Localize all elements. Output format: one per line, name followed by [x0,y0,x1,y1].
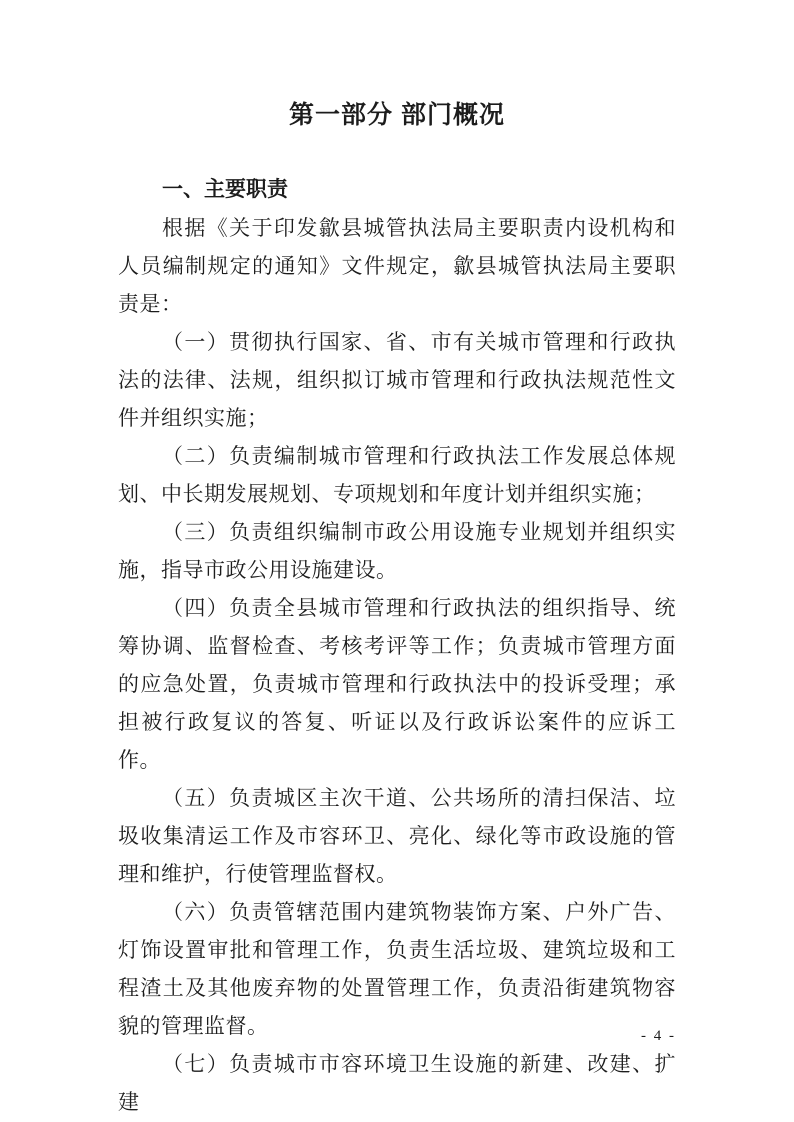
paragraph-duty-6: （六）负责管辖范围内建筑物装饰方案、户外广告、灯饰设置审批和管理工作，负责生活垃… [118,893,676,1045]
paragraph-duty-7: （七）负责城市市容环境卫生设施的新建、改建、扩建 [118,1045,676,1121]
paragraph-duty-4: （四）负责全县城市管理和行政执法的组织指导、统筹协调、监督检查、考核考评等工作；… [118,589,676,779]
paragraph-duty-2: （二）负责编制城市管理和行政执法工作发展总体规划、中长期发展规划、专项规划和年度… [118,437,676,513]
section-heading-main-duties: 一、主要职责 [118,171,676,209]
paragraph-duty-3: （三）负责组织编制市政公用设施专业规划并组织实施，指导市政公用设施建设。 [118,513,676,589]
document-page: 第一部分 部门概况 一、主要职责 根据《关于印发歙县城管执法局主要职责内设机构和… [0,0,794,1122]
paragraph-duty-5: （五）负责城区主次干道、公共场所的清扫保洁、垃圾收集清运工作及市容环卫、亮化、绿… [118,779,676,893]
paragraph-intro: 根据《关于印发歙县城管执法局主要职责内设机构和人员编制规定的通知》文件规定，歙县… [118,209,676,323]
document-title: 第一部分 部门概况 [118,95,676,135]
paragraph-duty-1: （一）贯彻执行国家、省、市有关城市管理和行政执法的法律、法规，组织拟订城市管理和… [118,323,676,437]
page-number: - 4 - [641,1026,676,1046]
